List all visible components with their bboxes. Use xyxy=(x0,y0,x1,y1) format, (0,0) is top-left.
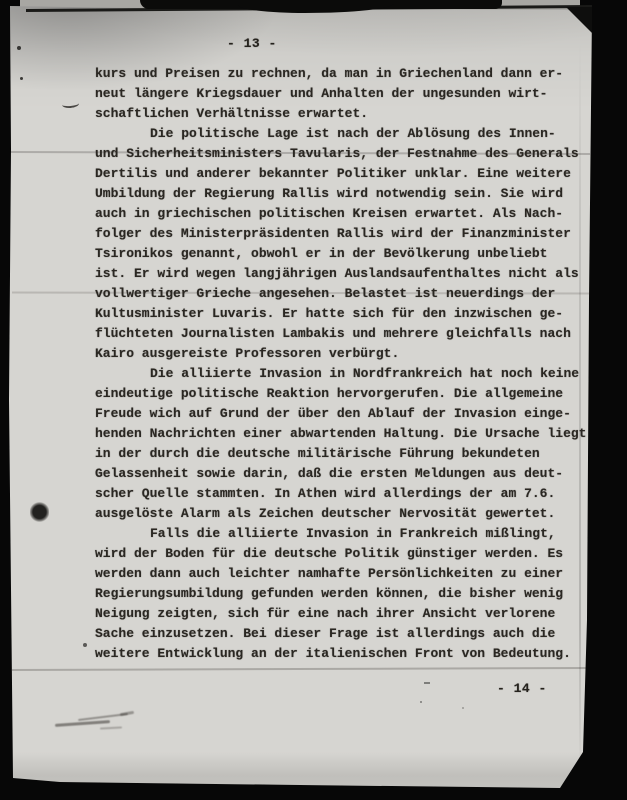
typed-line: Tsironikos genannt, obwohl er in der Bev… xyxy=(95,244,595,264)
paper-crease xyxy=(12,667,588,671)
typed-line: kurs und Preisen zu rechnen, da man in G… xyxy=(95,64,595,84)
typed-line: scher Quelle stammten. In Athen wird all… xyxy=(95,484,595,504)
typed-line: wird der Boden für die deutsche Politik … xyxy=(95,544,595,564)
hole-punch-mark xyxy=(30,502,49,522)
pencil-smudge xyxy=(100,726,122,729)
page-number-top: - 13 - xyxy=(227,36,277,51)
typed-line: neut längere Kriegsdauer und Anhalten de… xyxy=(95,84,595,104)
pencil-smudge xyxy=(55,720,110,727)
typed-line: weitere Entwicklung an der italienischen… xyxy=(95,644,595,664)
typed-line: Neigung zeigten, sich für eine nach ihre… xyxy=(95,604,595,624)
typed-line: Umbildung der Regierung Rallis wird notw… xyxy=(95,184,595,204)
paper-speck xyxy=(420,701,422,703)
typed-line: eindeutige politische Reaktion hervorger… xyxy=(95,384,595,404)
typed-line: henden Nachrichten einer abwartenden Hal… xyxy=(95,424,595,444)
stray-ink-dash xyxy=(424,682,430,684)
typed-line: Gelassenheit sowie darin, daß die ersten… xyxy=(95,464,595,484)
typed-line: Kultusminister Luvaris. Er hatte sich fü… xyxy=(95,304,595,324)
paper-speck xyxy=(20,77,23,80)
pen-tick-mark xyxy=(62,99,80,108)
typed-line: flüchteten Journalisten Lambakis und meh… xyxy=(95,324,595,344)
typed-line: Dertilis und anderer bekannter Politiker… xyxy=(95,164,595,184)
paper-speck xyxy=(17,46,21,50)
typed-line: Kairo ausgereiste Professoren verbürgt. xyxy=(95,344,595,364)
typed-line: schaftlichen Verhältnisse erwartet. xyxy=(95,104,595,124)
scanned-document-photo: - 13 - kurs und Preisen zu rechnen, da m… xyxy=(0,0,627,800)
typed-line: ist. Er wird wegen langjährigen Auslands… xyxy=(95,264,595,284)
typed-line: Die alliierte Invasion in Nordfrankreich… xyxy=(95,364,595,384)
typed-line: auch in griechischen politischen Kreisen… xyxy=(95,204,595,224)
typed-text-block: kurs und Preisen zu rechnen, da man in G… xyxy=(95,64,595,664)
typed-line: werden dann auch leichter namhafte Persö… xyxy=(95,564,595,584)
paper-speck xyxy=(83,643,87,647)
typed-line: vollwertiger Grieche angesehen. Belastet… xyxy=(95,284,595,304)
document-page: - 13 - kurs und Preisen zu rechnen, da m… xyxy=(0,0,627,800)
typed-line: Sache einzusetzen. Bei dieser Frage ist … xyxy=(95,624,595,644)
typed-line: Falls die alliierte Invasion in Frankrei… xyxy=(95,524,595,544)
typed-line: folger des Ministerpräsidenten Rallis wi… xyxy=(95,224,595,244)
page-number-bottom: - 14 - xyxy=(497,681,547,696)
pencil-smudge xyxy=(120,711,134,716)
typed-line: in der durch die deutsche militärische F… xyxy=(95,444,595,464)
typed-line: und Sicherheitsministers Tavularis, der … xyxy=(95,144,595,164)
typed-line: ausgelöste Alarm als Zeichen deutscher N… xyxy=(95,504,595,524)
typed-line: Regierungsumbildung gefunden werden könn… xyxy=(95,584,595,604)
typed-line: Freude wich auf Grund der über den Ablau… xyxy=(95,404,595,424)
typed-line: Die politische Lage ist nach der Ablösun… xyxy=(95,124,595,144)
paper-speck xyxy=(462,707,464,709)
